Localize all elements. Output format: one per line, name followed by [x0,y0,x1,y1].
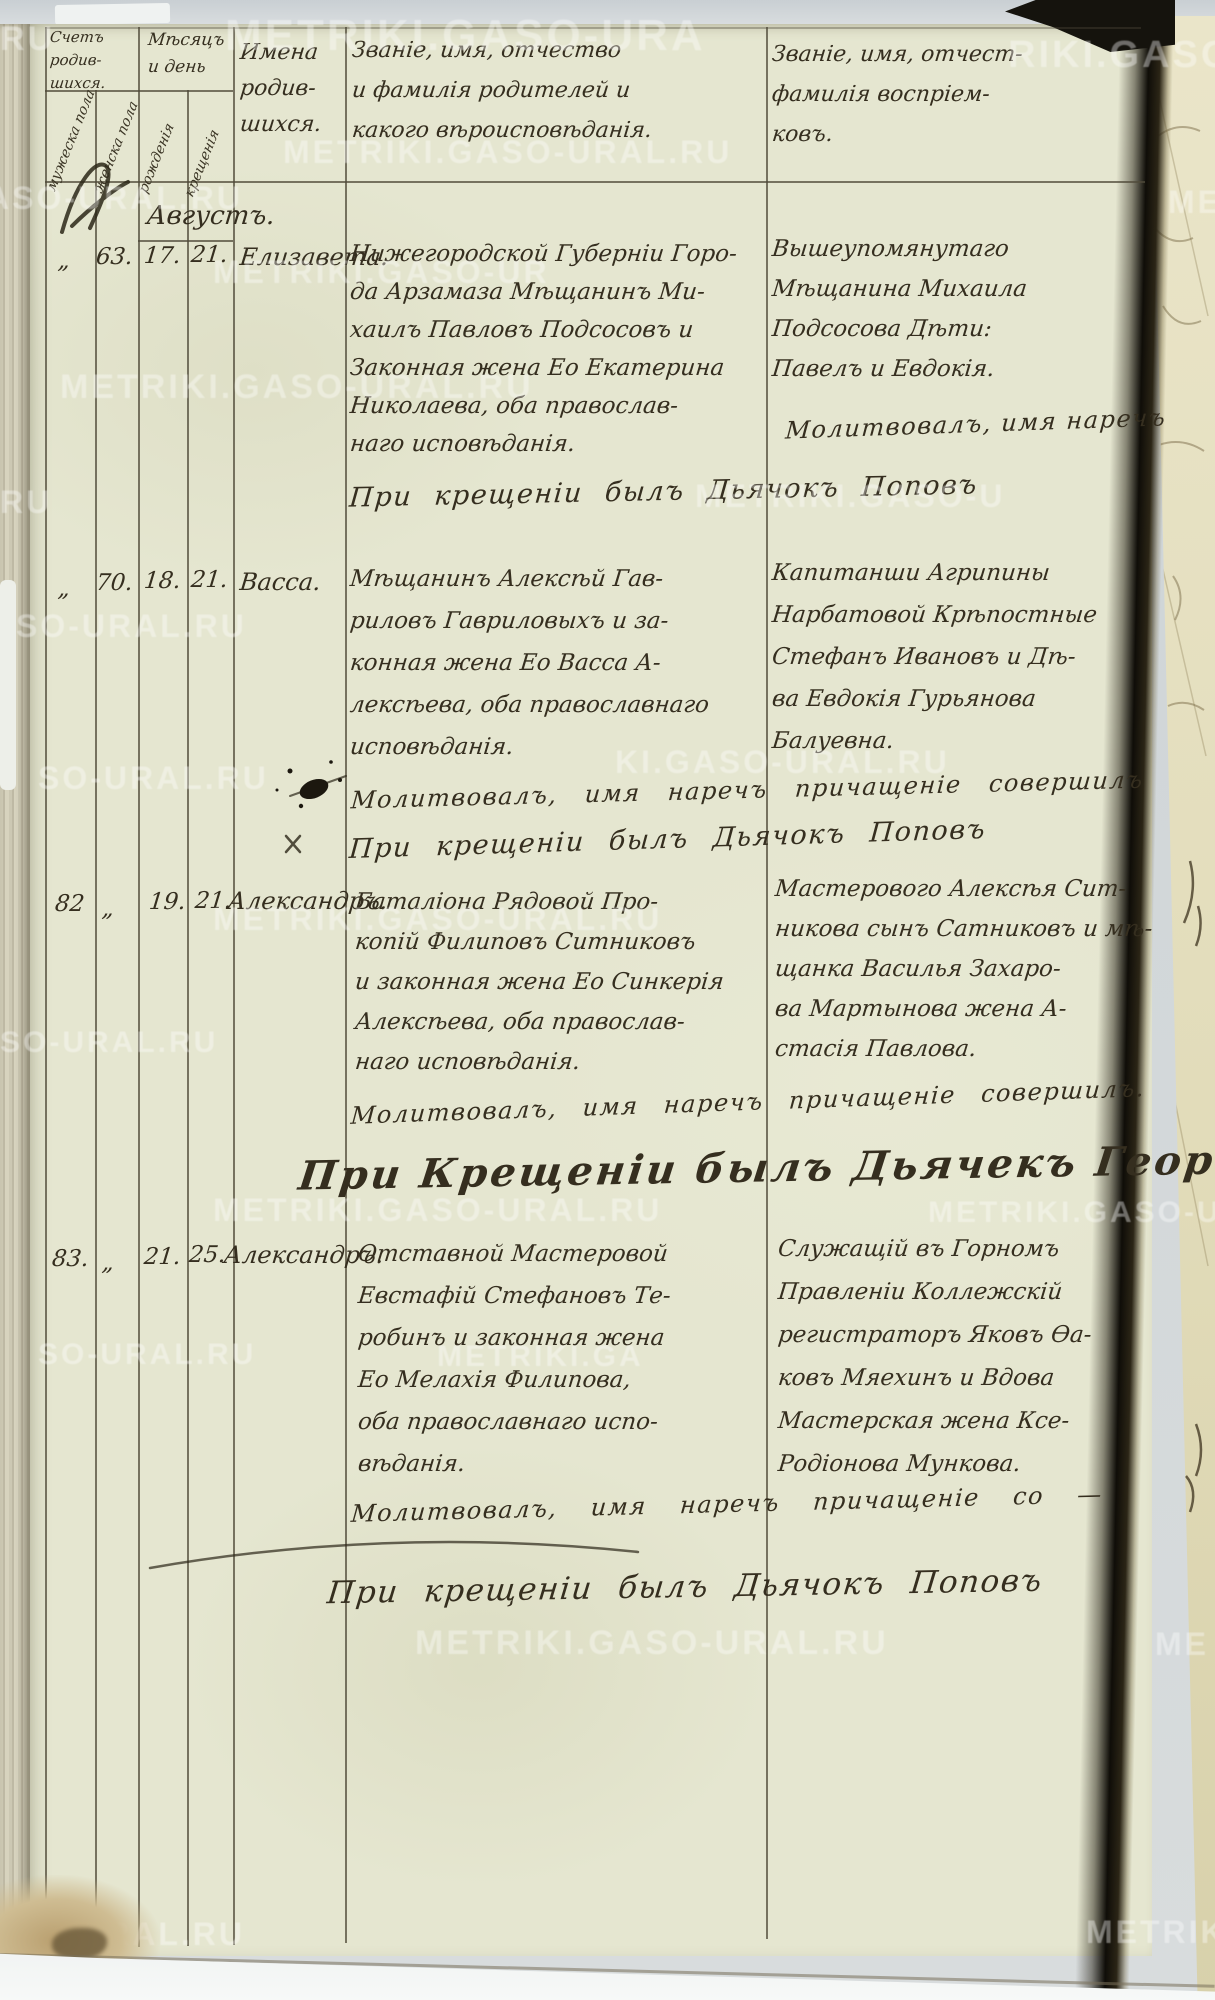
watermark-text: METRIKI.GASO-UR [213,256,550,288]
watermark-text: METRIKI.GASO-U [695,480,1005,512]
watermark-text: SO-URAL.RU [0,1028,218,1058]
watermark-text: METRIK [1086,1916,1215,1948]
watermark-text: METRIKI.GASO-URA [225,14,706,58]
watermark-text: RU [0,486,52,518]
watermark-text: METRIKI.GASO-URAL.RU [213,1194,662,1226]
watermark-text: RU [0,22,55,56]
watermark-text: METRIKI.GASO-URAL.RU [415,1626,889,1660]
watermark-text: SO-URAL.RU [16,610,247,642]
watermark-text: METRIKI.GASO-U [928,1198,1215,1228]
watermark-text: KI.GASO-URAL.RU [615,746,950,778]
watermark-text: SO-URAL.RU [38,762,269,794]
correction-cross-mark [286,836,300,852]
clerk-note-flourish [150,1542,638,1568]
watermark-text: SO-URAL.RU [38,1340,256,1370]
watermark-text: METRIKI.GA [437,1342,644,1372]
watermark-text: METRIKI.GASO-URAL.RU [283,136,732,168]
ink-blot [276,760,343,808]
watermark-text: METRIKI.GASO-URAL.RU [60,370,534,404]
watermark-text: METRIKI.GASO-URAL.RU [213,903,662,935]
watermark-text: ME [1155,1628,1209,1660]
watermark-text: ASO-URAL.RU [0,182,243,214]
watermark-text: RIKI.GASO-U [1008,36,1215,74]
scanned-metric-book-page: Счетъродив-шихся. Мѣсяцъи день мужеска п… [0,0,1215,2000]
watermark-text: MET [1168,186,1215,218]
ink-decorations [0,0,1215,2000]
